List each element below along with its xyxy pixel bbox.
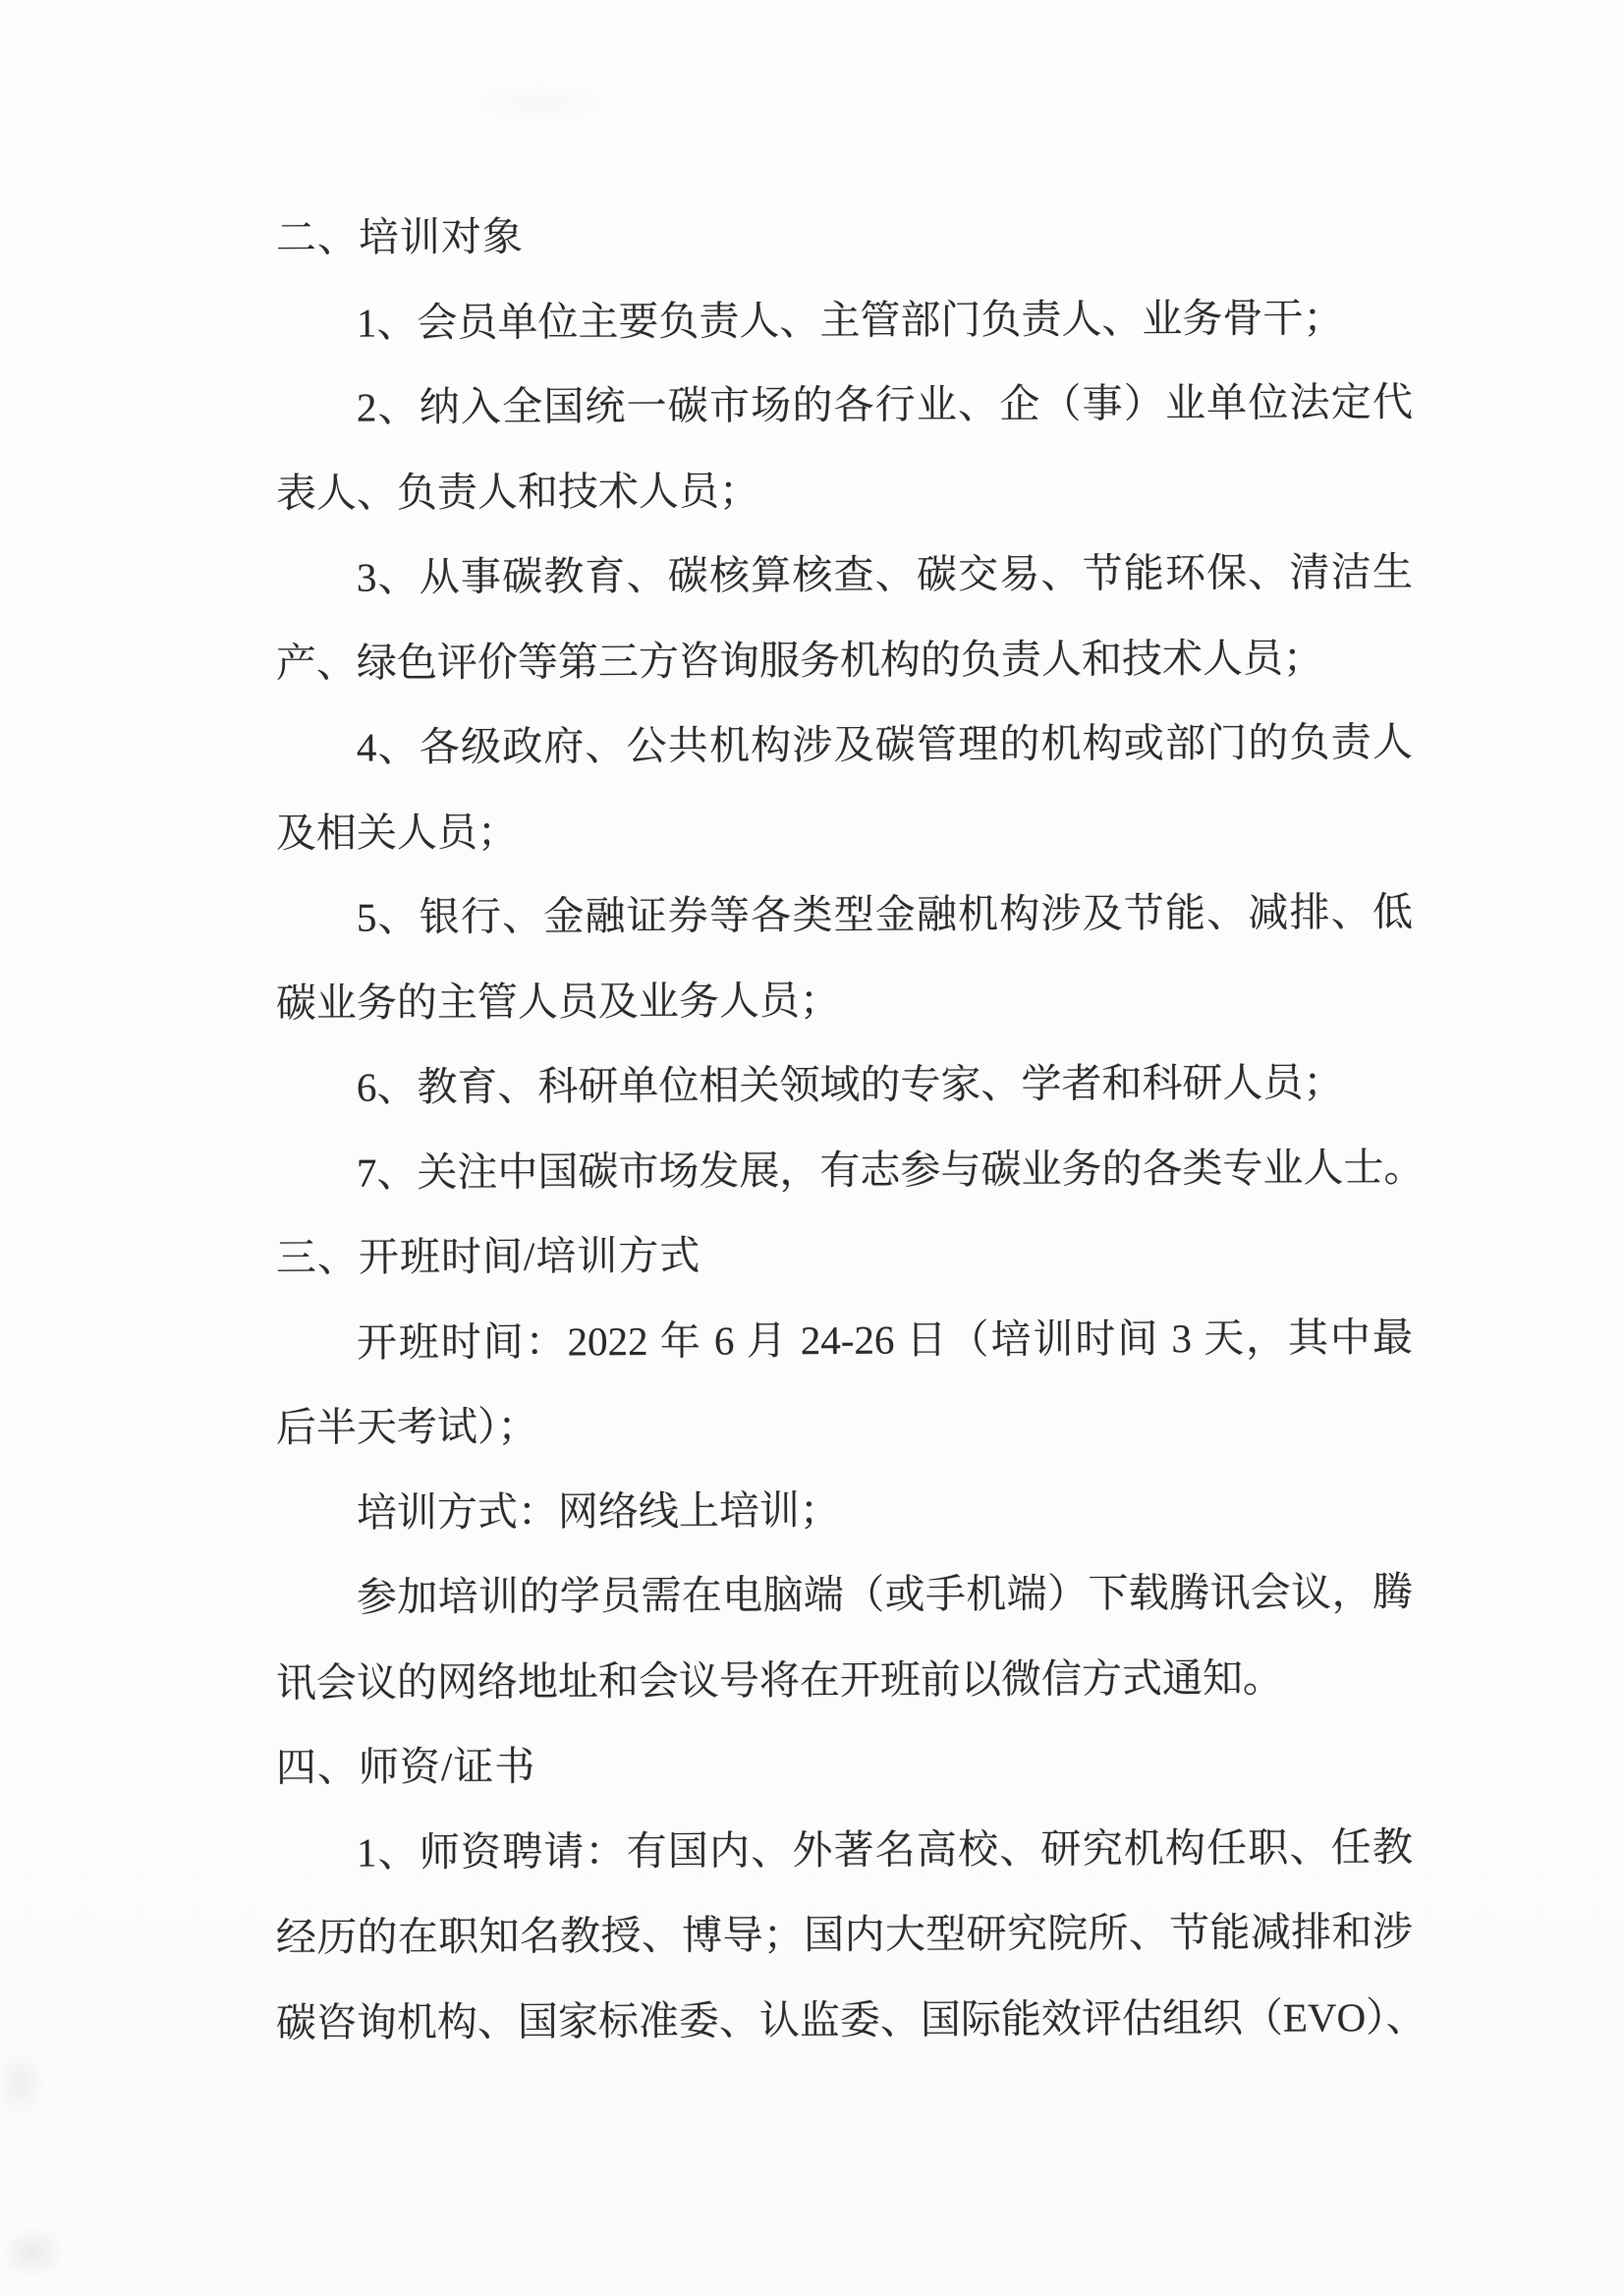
scan-smudge — [6, 2225, 65, 2279]
list-item-line: 2、纳入全国统一碳市场的各行业、企（事）业单位法定代 — [276, 360, 1413, 451]
section-heading-schedule-method: 三、开班时间/培训方式 — [276, 1209, 1413, 1301]
list-item-line: 5、银行、金融证券等各类型金融机构涉及节能、减排、低 — [276, 869, 1413, 961]
section-heading-training-targets: 二、培训对象 — [276, 190, 1413, 281]
scan-smudge — [2, 2048, 47, 2117]
document-body: 二、培训对象 1、会员单位主要负责人、主管部门负责人、业务骨干； 2、纳入全国统… — [276, 196, 1413, 2065]
section-heading-faculty-certificate: 四、师资/证书 — [276, 1719, 1413, 1811]
list-item-line: 产、绿色评价等第三方咨询服务机构的负责人和技术人员； — [276, 614, 1413, 705]
list-item-line: 4、各级政府、公共机构涉及碳管理的机构或部门的负责人 — [276, 700, 1413, 791]
paragraph-line: 经历的在职知名教授、博导；国内大型研究院所、节能减排和涉 — [276, 1889, 1413, 1981]
paragraph-line: 讯会议的网络地址和会议号将在开班前以微信方式通知。 — [276, 1634, 1413, 1725]
list-item-line: 1、会员单位主要负责人、主管部门负责人、业务骨干； — [276, 274, 1413, 365]
list-item-line: 3、从事碳教育、碳核算核查、碳交易、节能环保、清洁生 — [276, 530, 1413, 621]
list-item-line: 碳业务的主管人员及业务人员； — [276, 954, 1413, 1045]
list-item-line: 7、关注中国碳市场发展，有志参与碳业务的各类专业人士。 — [276, 1124, 1413, 1215]
list-item-line: 6、教育、科研单位相关领域的专家、学者和科研人员； — [276, 1039, 1413, 1131]
scan-smudge — [462, 79, 619, 128]
paragraph-line: 后半天考试）； — [276, 1379, 1413, 1471]
paragraph-line: 开班时间：2022 年 6 月 24-26 日（培训时间 3 天，其中最 — [276, 1294, 1413, 1385]
paragraph-line: 参加培训的学员需在电脑端（或手机端）下载腾讯会议，腾 — [276, 1549, 1413, 1641]
paragraph-line: 1、师资聘请：有国内、外著名高校、研究机构任职、任教 — [276, 1804, 1413, 1895]
paragraph-line: 碳咨询机构、国家标准委、认监委、国际能效评估组织（EVO）、 — [276, 1974, 1413, 2065]
list-item-line: 及相关人员； — [276, 784, 1413, 875]
document-page: 二、培训对象 1、会员单位主要负责人、主管部门负责人、业务骨干； 2、纳入全国统… — [0, 0, 1624, 2296]
list-item-line: 表人、负责人和技术人员； — [276, 444, 1413, 535]
paragraph-line: 培训方式：网络线上培训； — [276, 1464, 1413, 1555]
